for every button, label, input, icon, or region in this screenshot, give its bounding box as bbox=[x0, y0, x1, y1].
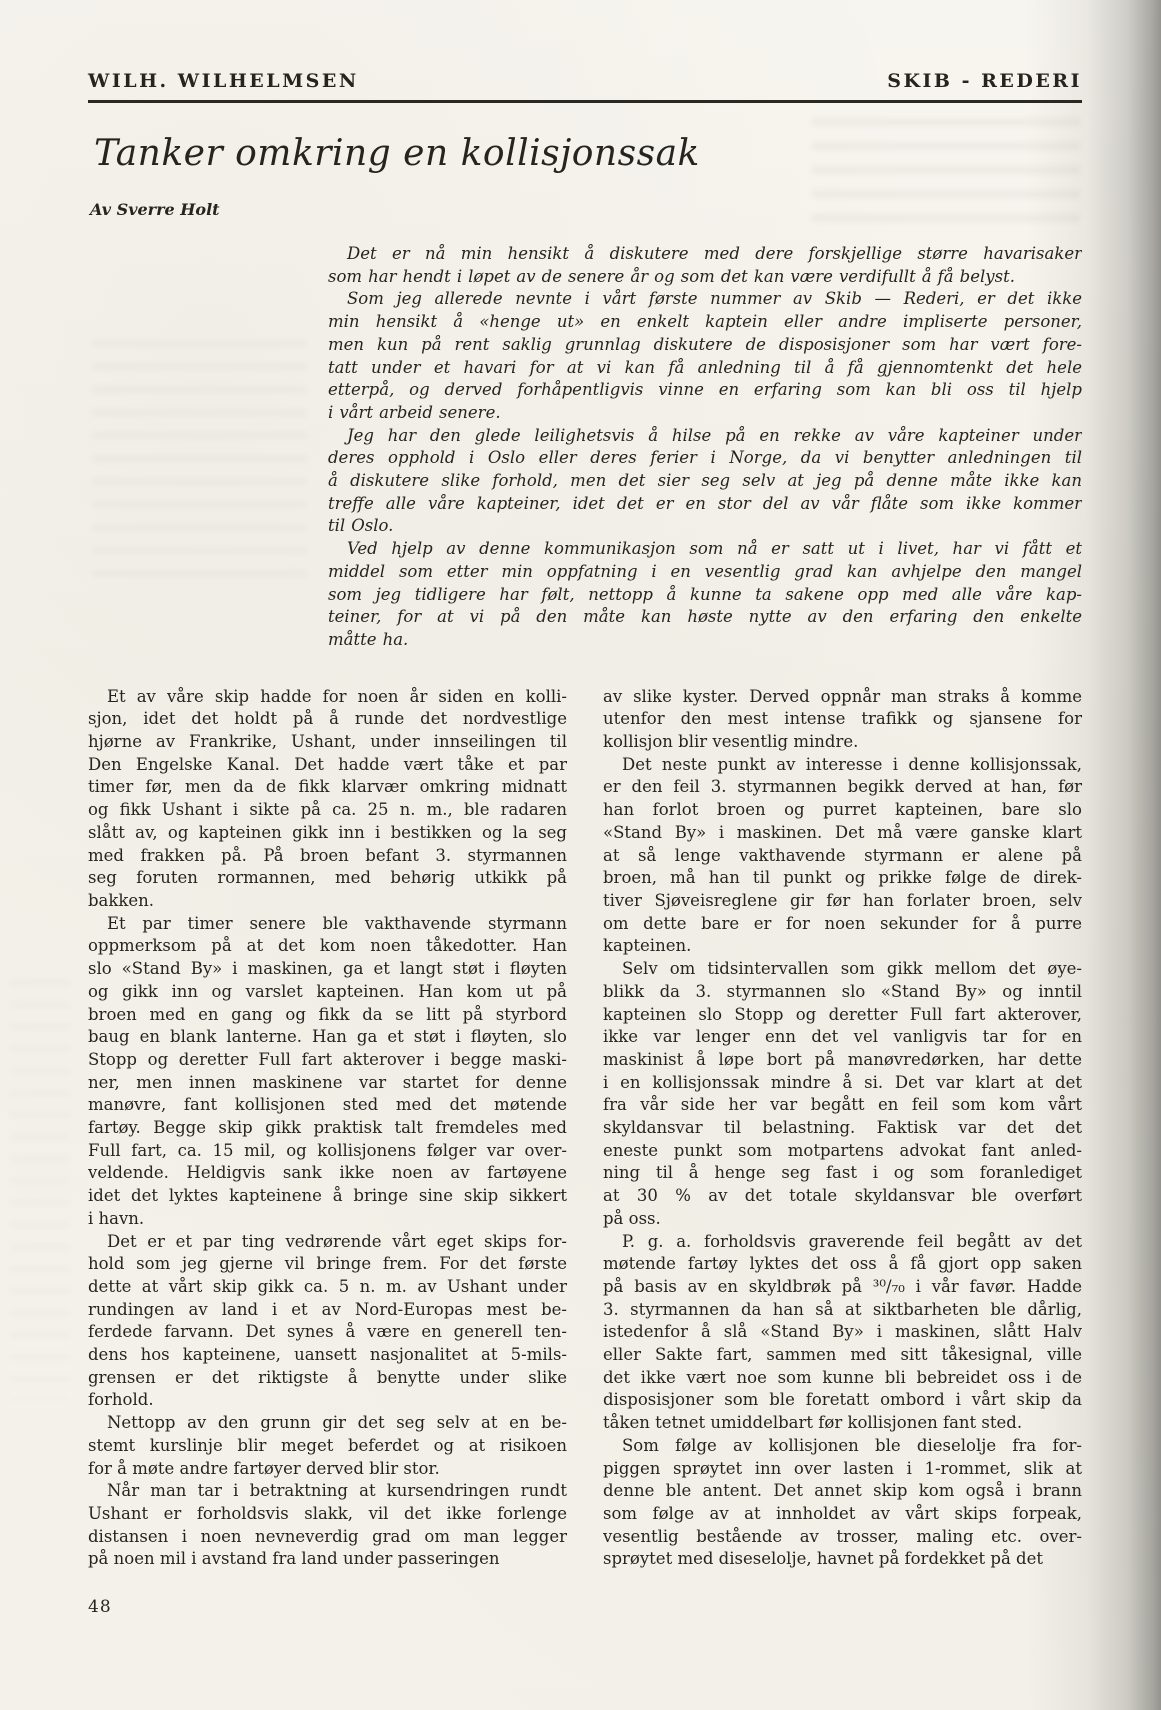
paragraph: Som følge av kollisjonen ble dieselolje … bbox=[603, 1435, 1082, 1571]
paragraph: Som jeg allerede nevnte i vårt første nu… bbox=[328, 288, 1082, 424]
text-line: blikk da 3. styrmannen slo «Stand By» og… bbox=[603, 981, 1082, 1004]
text-line: Full fart, ca. 15 mil, og kollisjonens f… bbox=[88, 1140, 567, 1163]
masthead-publisher: WILH. WILHELMSEN bbox=[88, 70, 359, 92]
text-line: stemt kurslinje blir meget beferdet og a… bbox=[88, 1435, 567, 1458]
text-line: i vårt arbeid senere. bbox=[328, 402, 1082, 425]
text-line: Som jeg allerede nevnte i vårt første nu… bbox=[328, 288, 1082, 311]
left-column: Et av våre skip hadde for noen år siden … bbox=[88, 686, 567, 1571]
text-line: Det neste punkt av interesse i denne kol… bbox=[603, 754, 1082, 777]
text-line: P. g. a. forholdsvis graverende feil beg… bbox=[603, 1231, 1082, 1254]
paragraph: Det er nå min hensikt å diskutere med de… bbox=[328, 243, 1082, 288]
text-line: tiver Sjøveisreglene gir før han forlate… bbox=[603, 890, 1082, 913]
text-line: Det er et par ting vedrørende vårt eget … bbox=[88, 1231, 567, 1254]
body-columns: Et av våre skip hadde for noen år siden … bbox=[88, 686, 1082, 1571]
text-line: måtte ha. bbox=[328, 629, 1082, 652]
paragraph: Et av våre skip hadde for noen år siden … bbox=[88, 686, 567, 913]
paragraph: Det neste punkt av interesse i denne kol… bbox=[603, 754, 1082, 958]
text-line: Selv om tidsintervallen som gikk mellom … bbox=[603, 958, 1082, 981]
bleed-through-artifact bbox=[10, 980, 70, 1400]
text-line: treffe alle våre kapteiner, idet det er … bbox=[328, 493, 1082, 516]
text-line: slo «Stand By» i maskinen, ga et langt s… bbox=[88, 958, 567, 981]
text-line: grensen er det riktigste å benytte under… bbox=[88, 1367, 567, 1390]
text-line: vesentlig bestående av trosser, maling e… bbox=[603, 1526, 1082, 1549]
article-byline: Av Sverre Holt bbox=[90, 200, 1082, 219]
text-line: som følge av at innholdet av vårt skips … bbox=[603, 1503, 1082, 1526]
text-line: broen med en gang og fikk da se litt på … bbox=[88, 1004, 567, 1027]
text-line: distansen i noen nevneverdig grad om man… bbox=[88, 1526, 567, 1549]
text-line: teiner, for at vi på den måte kan høste … bbox=[328, 606, 1082, 629]
text-line: bakken. bbox=[88, 890, 567, 913]
text-line: istedenfor å slå «Stand By» i maskinen, … bbox=[603, 1321, 1082, 1344]
text-line: tatt under et havari for at vi kan få an… bbox=[328, 357, 1082, 380]
text-line: av slike kyster. Derved oppnår man strak… bbox=[603, 686, 1082, 709]
text-line: med frakken på. På broen befant 3. styrm… bbox=[88, 845, 567, 868]
text-line: å diskutere slike forhold, men det sier … bbox=[328, 470, 1082, 493]
text-line: ner, men innen maskinene var startet for… bbox=[88, 1072, 567, 1095]
text-line: oppmerksom på at det kom noen tåkedotter… bbox=[88, 935, 567, 958]
intro-lead-block: Det er nå min hensikt å diskutere med de… bbox=[328, 243, 1082, 652]
text-line: tåken tetnet umiddelbart før kollisjonen… bbox=[603, 1412, 1082, 1435]
text-line: sprøytet med diseselolje, havnet på ford… bbox=[603, 1548, 1082, 1571]
text-line: Når man tar i betraktning at kursendring… bbox=[88, 1480, 567, 1503]
text-line: etterpå, og derved forhåpentligvis vinne… bbox=[328, 379, 1082, 402]
text-line: Stopp og deretter Full fart akterover i … bbox=[88, 1049, 567, 1072]
paragraph: P. g. a. forholdsvis graverende feil beg… bbox=[603, 1231, 1082, 1435]
text-line: kollisjon blir vesentlig mindre. bbox=[603, 731, 1082, 754]
text-line: timer før, men da de fikk klarvær omkrin… bbox=[88, 776, 567, 799]
text-line: 3. styrmannen da han så at siktbarheten … bbox=[603, 1299, 1082, 1322]
text-line: baug en blank lanterne. Han ga et støt i… bbox=[88, 1026, 567, 1049]
paragraph: av slike kyster. Derved oppnår man strak… bbox=[603, 686, 1082, 754]
text-line: utenfor den mest intense trafikk og sjan… bbox=[603, 708, 1082, 731]
text-line: fra vår side her var begått en feil som … bbox=[603, 1094, 1082, 1117]
text-line: kapteinen slo Stopp og deretter Full far… bbox=[603, 1004, 1082, 1027]
paragraph: Jeg har den glede leilighetsvis å hilse … bbox=[328, 425, 1082, 539]
text-line: eneste punkt som motpartens advokat fant… bbox=[603, 1140, 1082, 1163]
text-line: som har hendt i løpet av de senere år og… bbox=[328, 266, 1082, 289]
paragraph: Nettopp av den grunn gir det seg selv at… bbox=[88, 1412, 567, 1480]
text-line: Et par timer senere ble vakthavende styr… bbox=[88, 913, 567, 936]
text-line: broen, må han til punkt og prikke følge … bbox=[603, 867, 1082, 890]
paragraph: Ved hjelp av denne kommunikasjon som nå … bbox=[328, 538, 1082, 652]
text-line: i en kollisjonssak mindre å si. Det var … bbox=[603, 1072, 1082, 1095]
text-line: «Stand By» i maskinen. Det må være gansk… bbox=[603, 822, 1082, 845]
text-line: for å møte andre fartøyer derved blir st… bbox=[88, 1458, 567, 1481]
text-line: min hensikt å «henge ut» en enkelt kapte… bbox=[328, 311, 1082, 334]
text-line: middel som etter min oppfatning i en ves… bbox=[328, 561, 1082, 584]
masthead-publication: SKIB - REDERI bbox=[887, 70, 1082, 92]
text-line: er den feil 3. styrmannen begikk derved … bbox=[603, 776, 1082, 799]
paragraph: Det er et par ting vedrørende vårt eget … bbox=[88, 1231, 567, 1413]
text-line: idet det lyktes kapteinene å bringe sine… bbox=[88, 1185, 567, 1208]
text-line: manøvre, fant kollisjonen sted med det m… bbox=[88, 1094, 567, 1117]
right-column: av slike kyster. Derved oppnår man strak… bbox=[603, 686, 1082, 1571]
text-line: slått av, og kapteinen gikk inn i bestik… bbox=[88, 822, 567, 845]
text-line: på basis av en skyldbrøk på ³⁰/₇₀ i vår … bbox=[603, 1276, 1082, 1299]
text-line: piggen sprøytet inn over lasten i 1-romm… bbox=[603, 1458, 1082, 1481]
text-line: at 30 % av det totale skyldansvar ble ov… bbox=[603, 1185, 1082, 1208]
text-line: Ushant er forholdsvis slakk, vil det ikk… bbox=[88, 1503, 567, 1526]
text-line: Det er nå min hensikt å diskutere med de… bbox=[328, 243, 1082, 266]
text-line: forhold. bbox=[88, 1389, 567, 1412]
text-line: hjørne av Frankrike, Ushant, under innse… bbox=[88, 731, 567, 754]
text-line: på oss. bbox=[603, 1208, 1082, 1231]
text-line: til Oslo. bbox=[328, 515, 1082, 538]
text-line: Den Engelske Kanal. Det hadde vært tåke … bbox=[88, 754, 567, 777]
text-line: dens hos kapteinene, uansett nasjonalite… bbox=[88, 1344, 567, 1367]
text-line: maskinist å løpe bort på manøvredørken, … bbox=[603, 1049, 1082, 1072]
text-line: hold som jeg gjerne vil bringe frem. For… bbox=[88, 1253, 567, 1276]
text-line: Nettopp av den grunn gir det seg selv at… bbox=[88, 1412, 567, 1435]
text-line: i havn. bbox=[88, 1208, 567, 1231]
text-line: deres opphold i Oslo eller deres ferier … bbox=[328, 447, 1082, 470]
text-line: og fikk Ushant i sikte på ca. 25 n. m., … bbox=[88, 799, 567, 822]
text-line: skyldansvar til belastning. Faktisk var … bbox=[603, 1117, 1082, 1140]
scanned-magazine-page: { "colors": { "paper": "#f5f3ec", "ink":… bbox=[0, 0, 1161, 1710]
text-line: han forlot broen og purret kapteinen, ba… bbox=[603, 799, 1082, 822]
article-title: Tanker omkring en kollisjonssak bbox=[94, 133, 1082, 174]
page-number: 48 bbox=[88, 1597, 1082, 1617]
text-line: ferdede farvann. Det synes å være en gen… bbox=[88, 1321, 567, 1344]
text-line: rundingen av land i et av Nord-Europas m… bbox=[88, 1299, 567, 1322]
text-line: sjon, idet det holdt på å runde det nord… bbox=[88, 708, 567, 731]
masthead: WILH. WILHELMSEN SKIB - REDERI bbox=[88, 70, 1082, 103]
text-line: ning til å henge seg fast i og som foran… bbox=[603, 1162, 1082, 1185]
text-line: at så lenge vakthavende styrmann er alen… bbox=[603, 845, 1082, 868]
text-line: møtende fartøy lyktes det oss å få gjort… bbox=[603, 1253, 1082, 1276]
text-line: kapteinen. bbox=[603, 935, 1082, 958]
text-line: og gikk inn og varslet kapteinen. Han ko… bbox=[88, 981, 567, 1004]
text-line: som jeg tidligere har følt, nettopp å ku… bbox=[328, 584, 1082, 607]
text-line: disposisjoner som ble foretatt ombord i … bbox=[603, 1389, 1082, 1412]
paragraph: Et par timer senere ble vakthavende styr… bbox=[88, 913, 567, 1231]
text-line: Et av våre skip hadde for noen år siden … bbox=[88, 686, 567, 709]
text-line: fartøy. Begge skip gikk praktisk talt fr… bbox=[88, 1117, 567, 1140]
text-line: seg foruten rormannen, med behørig utkik… bbox=[88, 867, 567, 890]
text-line: Jeg har den glede leilighetsvis å hilse … bbox=[328, 425, 1082, 448]
text-line: eller Sakte fart, sammen med sitt tåkesi… bbox=[603, 1344, 1082, 1367]
paragraph: Selv om tidsintervallen som gikk mellom … bbox=[603, 958, 1082, 1230]
text-line: på noen mil i avstand fra land under pas… bbox=[88, 1548, 567, 1571]
text-line: men kun på rent saklig grunnlag diskuter… bbox=[328, 334, 1082, 357]
text-line: Ved hjelp av denne kommunikasjon som nå … bbox=[328, 538, 1082, 561]
page-content: WILH. WILHELMSEN SKIB - REDERI Tanker om… bbox=[88, 0, 1082, 1617]
text-line: Som følge av kollisjonen ble dieselolje … bbox=[603, 1435, 1082, 1458]
text-line: denne ble antent. Det annet skip kom ogs… bbox=[603, 1480, 1082, 1503]
text-line: dette at vårt skip gikk ca. 5 n. m. av U… bbox=[88, 1276, 567, 1299]
text-line: det ikke vært noe som kunne bli bebreide… bbox=[603, 1367, 1082, 1390]
text-line: veldende. Heldigvis sank ikke noen av fa… bbox=[88, 1162, 567, 1185]
text-line: ikke var lenger enn det vel vanligvis ta… bbox=[603, 1026, 1082, 1049]
text-line: om dette bare er for noen sekunder for å… bbox=[603, 913, 1082, 936]
paragraph: Når man tar i betraktning at kursendring… bbox=[88, 1480, 567, 1571]
